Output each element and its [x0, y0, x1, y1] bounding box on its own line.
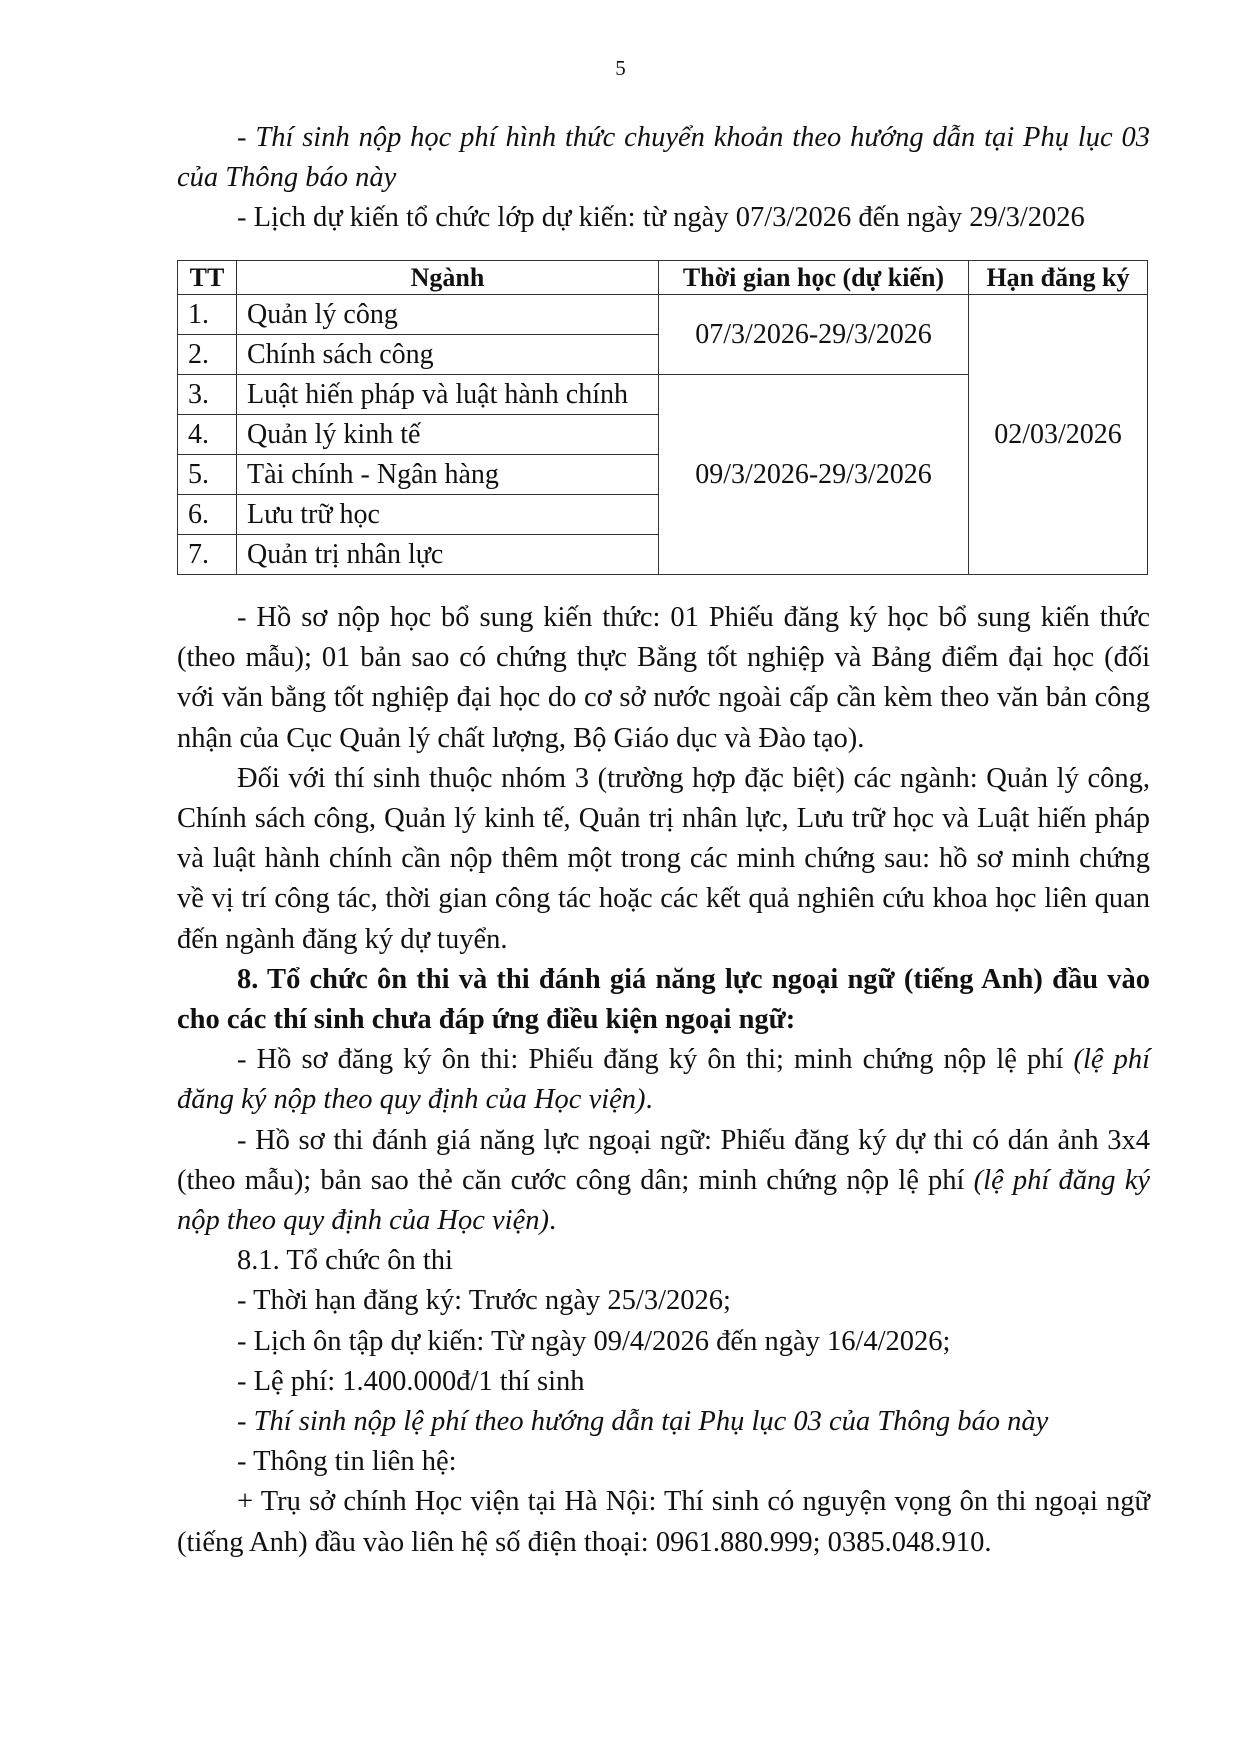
text-segment: đến ngành đăng ký dự tuyển.: [177, 924, 507, 955]
cell-major: Quản trị nhân lực: [237, 535, 659, 575]
text-line: và luật hành chính cần nộp thêm một tron…: [177, 842, 1150, 876]
text-line: - Lệ phí: 1.400.000đ/1 thí sinh: [177, 1365, 1150, 1399]
text-segment: -: [237, 1406, 254, 1437]
text-segment: - Lệ phí: 1.400.000đ/1 thí sinh: [237, 1366, 585, 1397]
cell-registration-deadline: 02/03/2026: [969, 295, 1148, 575]
cell-major: Quản lý công: [237, 295, 659, 335]
cell-tt: 2.: [178, 335, 237, 375]
text-line: - Lịch ôn tập dự kiến: Từ ngày 09/4/2026…: [177, 1325, 1150, 1359]
text-segment: - Lịch dự kiến tổ chức lớp dự kiến: từ n…: [237, 202, 1085, 233]
text-line: nhận của Cục Quản lý chất lượng, Bộ Giáo…: [177, 722, 1150, 756]
text-line: - Hồ sơ nộp học bổ sung kiến thức: 01 Ph…: [177, 601, 1150, 635]
text-line: (theo mẫu); bản sao thẻ căn cước công dâ…: [177, 1164, 1150, 1198]
text-line: - Lịch dự kiến tổ chức lớp dự kiến: từ n…: [177, 201, 1150, 235]
table-row: 1.Quản lý công07/3/2026-29/3/202602/03/2…: [178, 295, 1148, 335]
text-line: - Hồ sơ thi đánh giá năng lực ngoại ngữ:…: [177, 1124, 1150, 1158]
text-segment: .: [549, 1205, 556, 1236]
text-line: Đối với thí sinh thuộc nhóm 3 (trường hợ…: [177, 762, 1150, 796]
text-segment: 8.1. Tổ chức ôn thi: [237, 1245, 453, 1276]
text-line: (tiếng Anh) đầu vào liên hệ số điện thoạ…: [177, 1526, 1150, 1560]
text-line: 8. Tổ chức ôn thi và thi đánh giá năng l…: [177, 963, 1150, 997]
text-line: với văn bằng tốt nghiệp đại học do cơ sở…: [177, 681, 1150, 715]
text-segment: Đối với thí sinh thuộc nhóm 3 (trường hợ…: [237, 763, 1150, 794]
text-line: của Thông báo này: [177, 161, 1150, 195]
text-line: 8.1. Tổ chức ôn thi: [177, 1244, 1150, 1278]
cell-tt: 5.: [178, 455, 237, 495]
text-segment: (theo mẫu); bản sao thẻ căn cước công dâ…: [177, 1165, 974, 1196]
text-line: - Thời hạn đăng ký: Trước ngày 25/3/2026…: [177, 1284, 1150, 1318]
table-header-row: TT Ngành Thời gian học (dự kiến) Hạn đăn…: [178, 261, 1148, 295]
header-deadline: Hạn đăng ký: [969, 261, 1148, 295]
cell-major: Lưu trữ học: [237, 495, 659, 535]
cell-major: Luật hiến pháp và luật hành chính: [237, 375, 659, 415]
table-body: 1.Quản lý công07/3/2026-29/3/202602/03/2…: [178, 295, 1148, 575]
cell-major: Quản lý kinh tế: [237, 415, 659, 455]
text-segment: - Hồ sơ đăng ký ôn thi: Phiếu đăng ký ôn…: [237, 1044, 1073, 1075]
text-segment: - Thời hạn đăng ký: Trước ngày 25/3/2026…: [237, 1285, 731, 1316]
text-segment: Thí sinh nộp lệ phí theo hướng dẫn tại P…: [254, 1406, 1049, 1437]
text-line: đến ngành đăng ký dự tuyển.: [177, 923, 1150, 957]
text-line: + Trụ sở chính Học viện tại Hà Nội: Thí …: [177, 1485, 1150, 1519]
text-segment: .: [646, 1084, 653, 1115]
text-segment: đăng ký nộp theo quy định của Học viện): [177, 1084, 646, 1115]
text-segment: và luật hành chính cần nộp thêm một tron…: [177, 843, 1150, 874]
text-segment: - Hồ sơ nộp học bổ sung kiến thức: 01 Ph…: [237, 602, 1150, 633]
text-segment: - Thí sinh nộp học phí hình thức chuyển …: [237, 122, 1150, 153]
text-segment: (lệ phí: [1073, 1044, 1150, 1075]
header-time: Thời gian học (dự kiến): [659, 261, 969, 295]
text-line: - Thí sinh nộp học phí hình thức chuyển …: [177, 121, 1150, 155]
text-segment: với văn bằng tốt nghiệp đại học do cơ sở…: [177, 682, 1150, 713]
text-line: - Hồ sơ đăng ký ôn thi: Phiếu đăng ký ôn…: [177, 1043, 1150, 1077]
cell-tt: 6.: [178, 495, 237, 535]
page-number: 5: [0, 56, 1241, 80]
text-line: đăng ký nộp theo quy định của Học viện).: [177, 1083, 1150, 1117]
text-segment: của Thông báo này: [177, 162, 396, 193]
text-segment: về vị trí công tác, thời gian công tác h…: [177, 883, 1150, 914]
cell-tt: 4.: [178, 415, 237, 455]
text-segment: - Lịch ôn tập dự kiến: Từ ngày 09/4/2026…: [237, 1326, 950, 1357]
text-segment: 8. Tổ chức ôn thi và thi đánh giá năng l…: [237, 964, 1150, 995]
text-line: cho các thí sinh chưa đáp ứng điều kiện …: [177, 1003, 1150, 1037]
text-segment: + Trụ sở chính Học viện tại Hà Nội: Thí …: [237, 1486, 1150, 1517]
text-line: (theo mẫu); 01 bản sao có chứng thực Bằn…: [177, 641, 1150, 675]
cell-major: Tài chính - Ngân hàng: [237, 455, 659, 495]
text-line: - Thông tin liên hệ:: [177, 1445, 1150, 1479]
text-segment: (lệ phí đăng ký: [974, 1165, 1150, 1196]
schedule-table: TT Ngành Thời gian học (dự kiến) Hạn đăn…: [177, 260, 1148, 575]
cell-study-period: 09/3/2026-29/3/2026: [659, 375, 969, 575]
text-segment: nộp theo quy định của Học viện): [177, 1205, 549, 1236]
text-line: - Thí sinh nộp lệ phí theo hướng dẫn tại…: [177, 1405, 1150, 1439]
text-segment: - Hồ sơ thi đánh giá năng lực ngoại ngữ:…: [237, 1125, 1150, 1156]
header-tt: TT: [178, 261, 237, 295]
text-line: về vị trí công tác, thời gian công tác h…: [177, 882, 1150, 916]
text-segment: (tiếng Anh) đầu vào liên hệ số điện thoạ…: [177, 1527, 992, 1558]
text-segment: Chính sách công, Quản lý kinh tế, Quản t…: [177, 803, 1150, 834]
text-segment: cho các thí sinh chưa đáp ứng điều kiện …: [177, 1004, 795, 1035]
header-major: Ngành: [237, 261, 659, 295]
text-segment: nhận của Cục Quản lý chất lượng, Bộ Giáo…: [177, 723, 864, 754]
cell-tt: 7.: [178, 535, 237, 575]
text-segment: (theo mẫu); 01 bản sao có chứng thực Bằn…: [177, 642, 1150, 673]
cell-tt: 1.: [178, 295, 237, 335]
cell-study-period: 07/3/2026-29/3/2026: [659, 295, 969, 375]
cell-tt: 3.: [178, 375, 237, 415]
text-line: Chính sách công, Quản lý kinh tế, Quản t…: [177, 802, 1150, 836]
cell-major: Chính sách công: [237, 335, 659, 375]
text-segment: - Thông tin liên hệ:: [237, 1446, 457, 1477]
text-line: nộp theo quy định của Học viện).: [177, 1204, 1150, 1238]
